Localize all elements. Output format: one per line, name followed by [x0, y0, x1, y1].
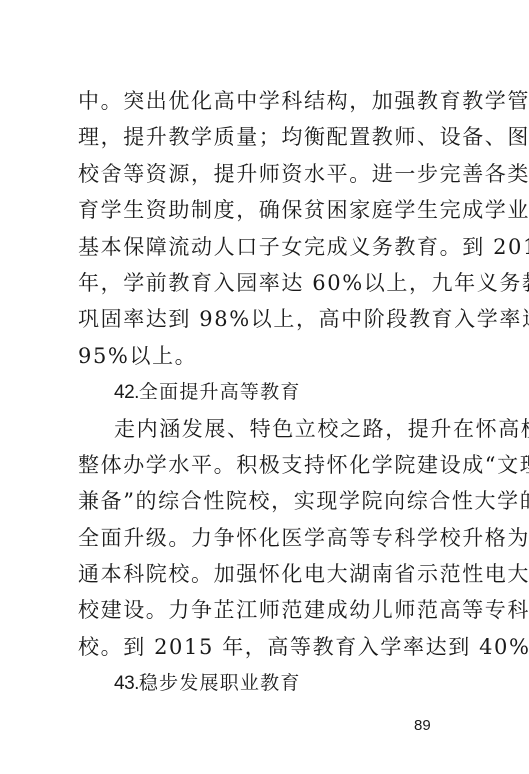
text-line: 95%以上。 [78, 338, 454, 374]
text-line: 兼备”的综合性院校，实现学院向综合性大学的 [78, 483, 454, 519]
text-line: 校。到 2015 年，高等教育入学率达到 40%。 [78, 629, 454, 665]
text-line: 育学生资助制度，确保贫困家庭学生完成学业。 [78, 192, 454, 228]
text-line: 整体办学水平。积极支持怀化学院建设成“文理 [78, 447, 454, 483]
section-title: 全面提升高等教育 [139, 381, 301, 403]
section-number: 42. [114, 382, 139, 403]
text-line: 年，学前教育入园率达 60%以上，九年义务教育 [78, 265, 454, 301]
section-heading-43: 43.稳步发展职业教育 [78, 665, 454, 701]
text-line: 通本科院校。加强怀化电大湖南省示范性电大分 [78, 556, 454, 592]
text-line: 校建设。力争芷江师范建成幼儿师范高等专科学 [78, 592, 454, 628]
section-title: 稳步发展职业教育 [139, 672, 301, 694]
section-heading-42: 42.全面提升高等教育 [78, 374, 454, 410]
body-text: 中。突出优化高中学科结构，加强教育教学管 理，提升教学质量；均衡配置教师、设备、… [78, 83, 454, 702]
text-line: 走内涵发展、特色立校之路，提升在怀高校 [78, 411, 454, 447]
paragraph-section-42: 走内涵发展、特色立校之路，提升在怀高校 整体办学水平。积极支持怀化学院建设成“文… [78, 411, 454, 666]
section-number: 43. [114, 673, 139, 694]
text-line: 校舍等资源，提升师资水平。进一步完善各类教 [78, 156, 454, 192]
book-page: 中。突出优化高中学科结构，加强教育教学管 理，提升教学质量；均衡配置教师、设备、… [0, 0, 529, 774]
page-number: 89 [414, 717, 431, 734]
text-line: 理，提升教学质量；均衡配置教师、设备、图书、 [78, 119, 454, 155]
text-line: 中。突出优化高中学科结构，加强教育教学管 [78, 83, 454, 119]
text-line: 全面升级。力争怀化医学高等专科学校升格为普 [78, 520, 454, 556]
paragraph-section-41-continued: 中。突出优化高中学科结构，加强教育教学管 理，提升教学质量；均衡配置教师、设备、… [78, 83, 454, 374]
text-line: 基本保障流动人口子女完成义务教育。到 2015 [78, 229, 454, 265]
text-line: 巩固率达到 98%以上，高中阶段教育入学率达 [78, 301, 454, 337]
